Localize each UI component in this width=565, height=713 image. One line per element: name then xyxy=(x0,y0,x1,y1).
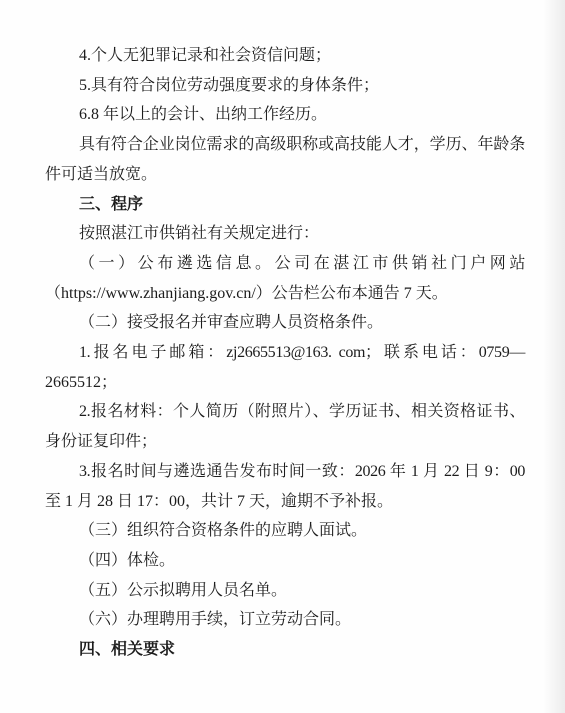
document-line: 6.8 年以上的会计、出纳工作经历。 xyxy=(45,100,525,130)
document-line: （五）公示拟聘用人员名单。 xyxy=(45,576,525,606)
document-line: 2.报名材料：个人简历（附照片）、学历证书、相关资格证书、 xyxy=(45,397,525,427)
document-line: （四）体检。 xyxy=(45,546,525,576)
document-line: （六）办理聘用手续，订立劳动合同。 xyxy=(45,605,525,635)
document-line: 至 1 月 28 日 17：00，共计 7 天，逾期不予补报。 xyxy=(45,487,525,517)
document-line: （二）接受报名并审查应聘人员资格条件。 xyxy=(45,308,525,338)
document-line: 身份证复印件； xyxy=(45,427,525,457)
document-line: （三）组织符合资格条件的应聘人面试。 xyxy=(45,516,525,546)
document-body: 4.个人无犯罪记录和社会资信问题；5.具有符合岗位劳动强度要求的身体条件；6.8… xyxy=(45,41,525,665)
section-heading: 三、程序 xyxy=(45,190,525,220)
document-line: （https://www.zhanjiang.gov.cn/）公告栏公布本通告 … xyxy=(45,279,525,309)
document-line: 件可适当放宽。 xyxy=(45,160,525,190)
document-line: 3.报名时间与遴选通告发布时间一致：2026 年 1 月 22 日 9：00 xyxy=(45,457,525,487)
document-line: 5.具有符合岗位劳动强度要求的身体条件； xyxy=(45,71,525,101)
document-line: 具有符合企业岗位需求的高级职称或高技能人才，学历、年龄条 xyxy=(45,130,525,160)
section-heading: 四、相关要求 xyxy=(45,635,525,665)
document-page: 4.个人无犯罪记录和社会资信问题；5.具有符合岗位劳动强度要求的身体条件；6.8… xyxy=(0,0,565,713)
document-line: 按照湛江市供销社有关规定进行： xyxy=(45,219,525,249)
document-line: 2665512； xyxy=(45,368,525,398)
document-line: 4.个人无犯罪记录和社会资信问题； xyxy=(45,41,525,71)
document-line: （一）公布遴选信息。公司在湛江市供销社门户网站 xyxy=(45,249,525,279)
document-line: 1.报名电子邮箱：zj2665513@163. com；联系电话：0759— xyxy=(45,338,525,368)
